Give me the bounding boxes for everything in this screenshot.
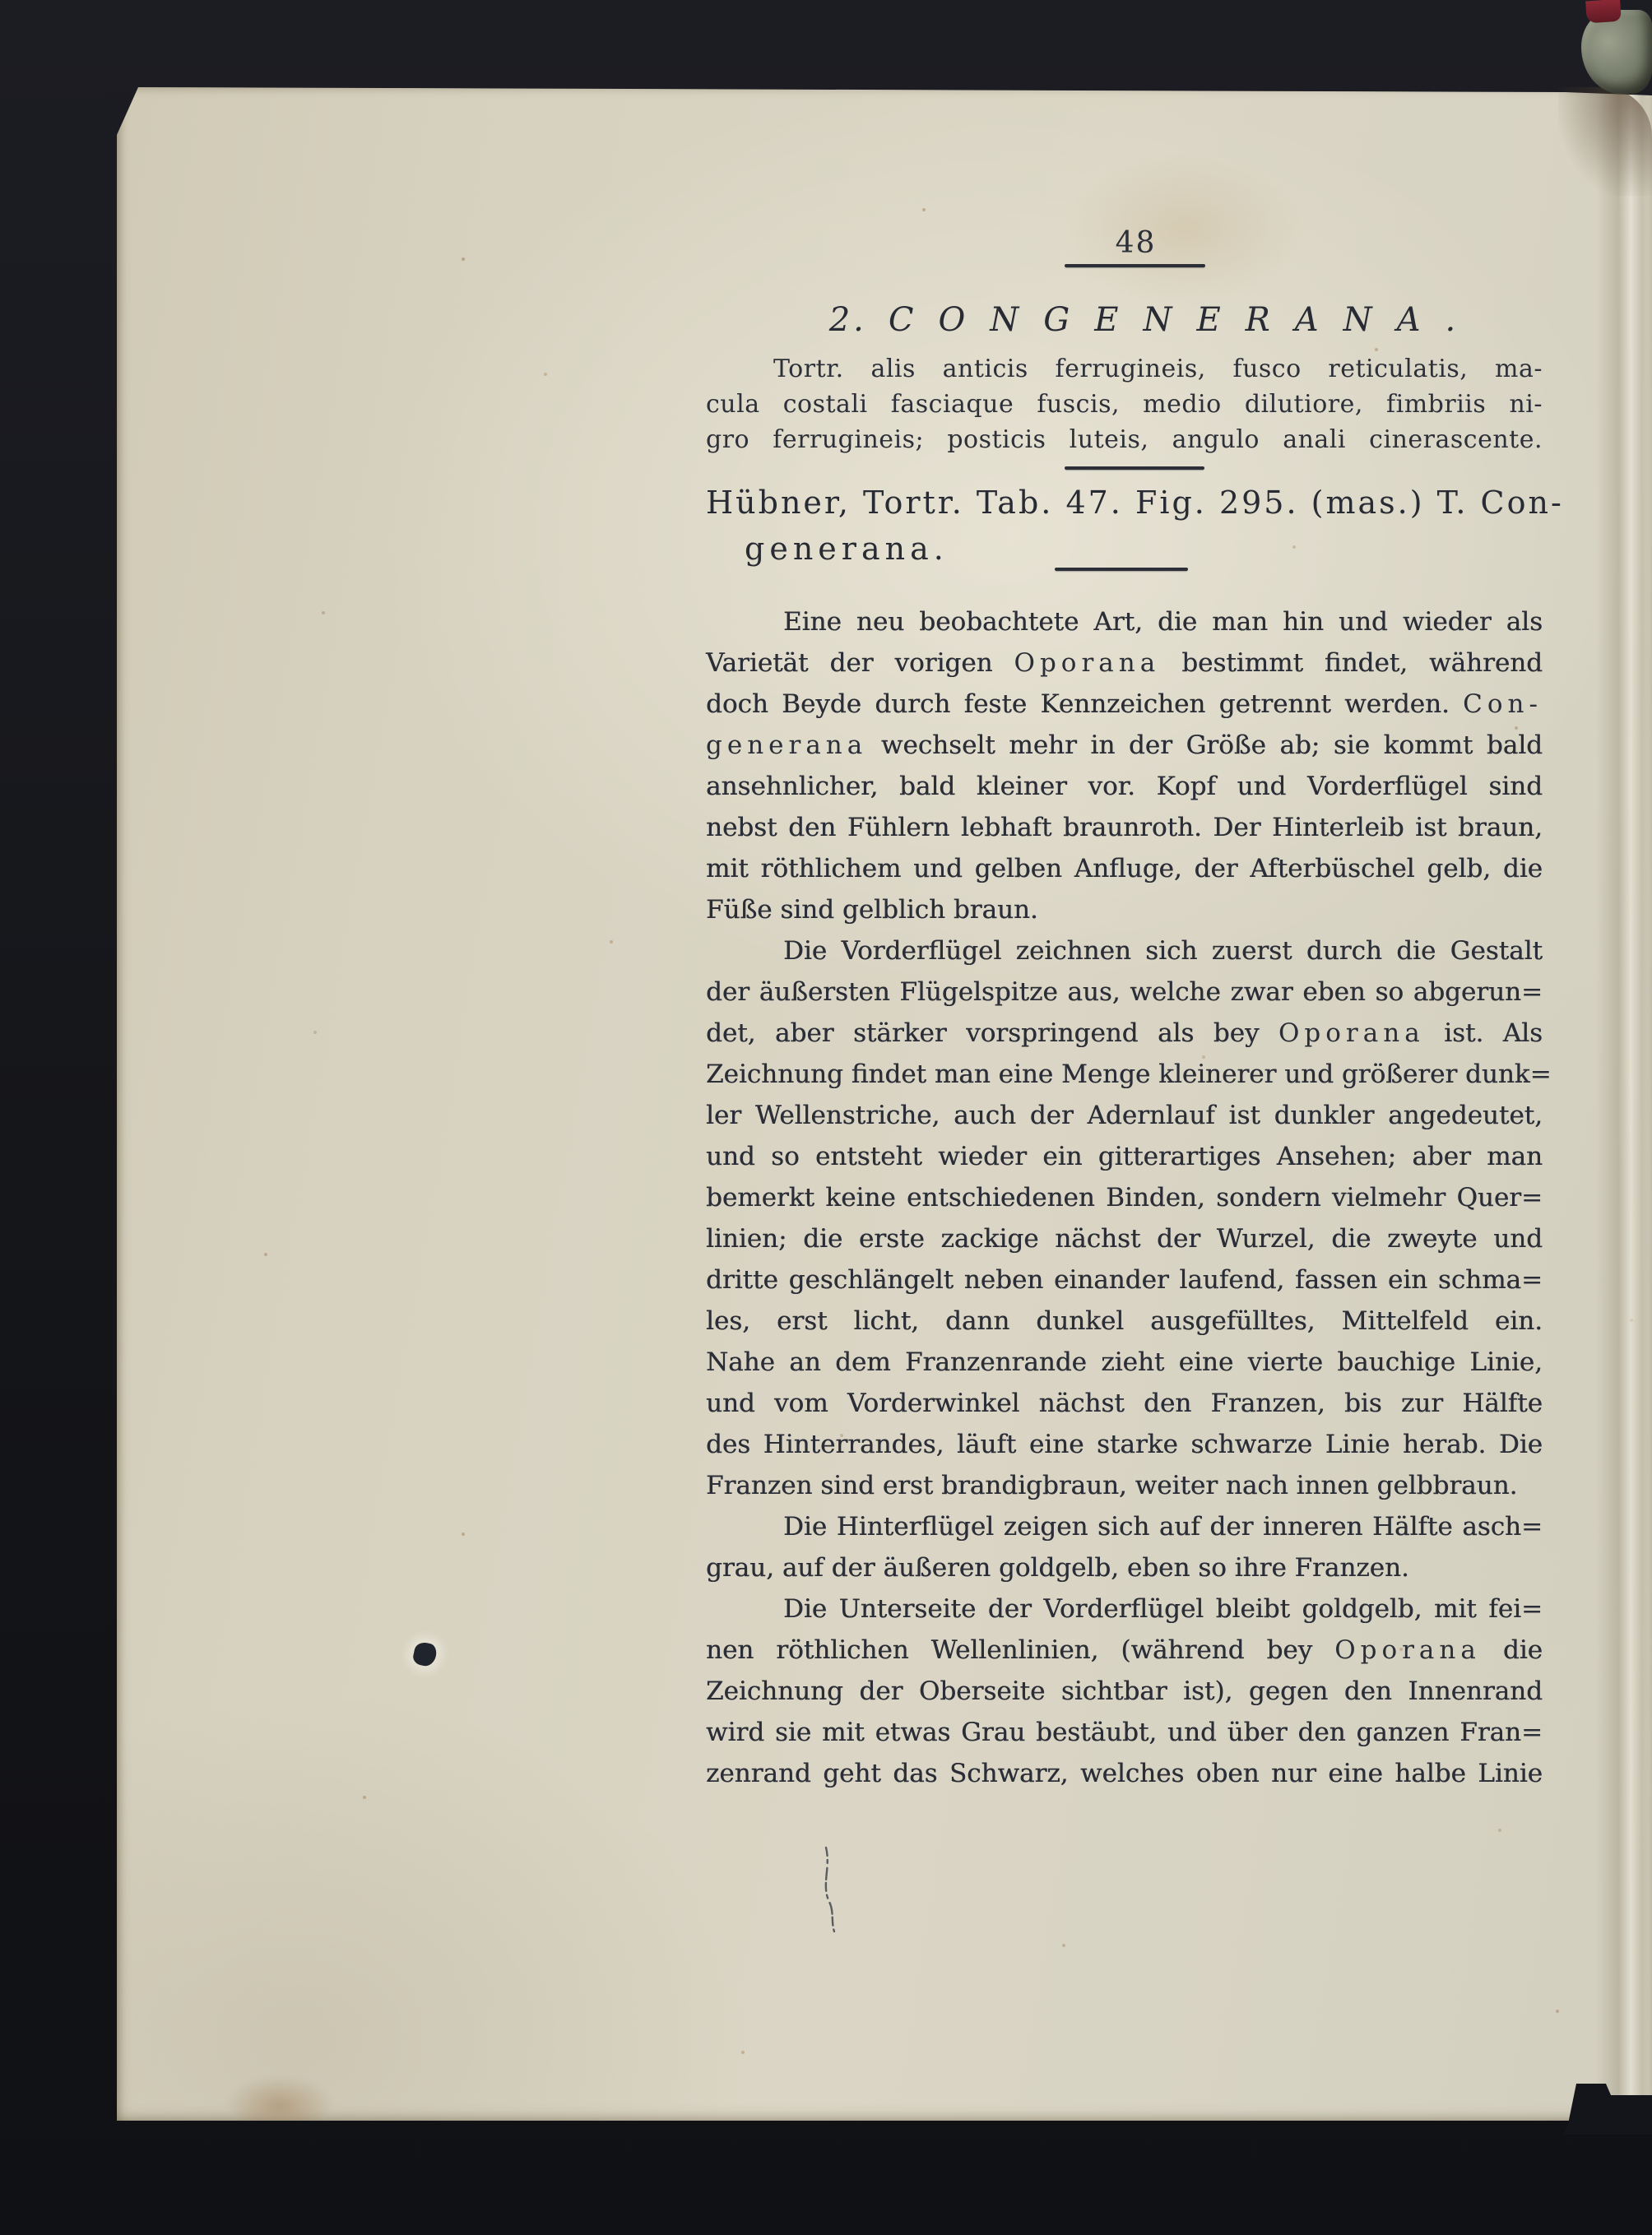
body-line: dritte geschlängelt neben einander laufe… xyxy=(706,1259,1543,1301)
scan-background: 48 2.CONGENERANA. Tortr. alis anticis fe… xyxy=(0,0,1652,2235)
body-line: les, erst licht, dann dunkel ausgefüllte… xyxy=(706,1301,1543,1342)
citation-line: Hübner, Tortr. Tab. 47. Fig. 295. (mas.)… xyxy=(706,482,1543,523)
paper-specks xyxy=(117,86,118,87)
body-line: Füße sind gelblich braun. xyxy=(706,889,1543,930)
book-spine-lining xyxy=(1581,10,1652,94)
body-line: Zeichnung findet man eine Menge kleinere… xyxy=(706,1054,1543,1095)
body-line: Die Vorderflügel zeichnen sich zuerst du… xyxy=(706,930,1543,971)
body-line: generana wechselt mehr in der Größe ab; … xyxy=(706,725,1543,766)
paper-stain xyxy=(226,2076,333,2126)
species-name: CONGENERANA. xyxy=(889,301,1480,339)
body-line: Die Hinterflügel zeigen sich auf der inn… xyxy=(706,1506,1543,1547)
body-line: det, aber stärker vorspringend als bey O… xyxy=(706,1013,1543,1054)
citation-line: generana. xyxy=(706,528,1581,569)
body-line: und so entsteht wieder ein gitterartiges… xyxy=(706,1136,1543,1177)
body-line: grau, auf der äußeren goldgelb, eben so … xyxy=(706,1547,1543,1588)
body-line: bemerkt keine entschiedenen Binden, sond… xyxy=(706,1177,1543,1218)
antiqua-word: generana xyxy=(706,730,867,760)
body-text: Eine neu beobachtete Art, die man hin un… xyxy=(706,601,1543,1794)
body-line: Varietät der vorigen Oporana bestimmt fi… xyxy=(706,642,1543,684)
body-line: zenrand geht das Schwarz, welches oben n… xyxy=(706,1753,1543,1794)
body-line-segment: wechselt mehr in der Größe ab; sie kommt… xyxy=(867,730,1543,760)
body-line-segment: ist. Als xyxy=(1425,1018,1543,1048)
body-line-segment: det, aber stärker vorspringend als bey xyxy=(706,1018,1278,1048)
antiqua-word: Oporana xyxy=(1334,1635,1481,1665)
body-line-segment: doch Beyde durch feste Kennzeichen getre… xyxy=(706,689,1463,719)
scratch-mark xyxy=(814,1843,851,1936)
body-line: Franzen sind erst brandigbraun, weiter n… xyxy=(706,1465,1543,1506)
page-number: 48 xyxy=(717,227,1554,260)
body-line: linien; die erste zackige nächst der Wur… xyxy=(706,1218,1543,1259)
body-line-segment: die xyxy=(1481,1635,1543,1665)
divider-rule xyxy=(1055,568,1188,571)
divider-rule xyxy=(1065,466,1204,470)
body-line: wird sie mit etwas Grau bestäubt, und üb… xyxy=(706,1712,1543,1753)
latin-line: Tortr. alis anticis ferrugineis, fusco r… xyxy=(706,351,1543,387)
body-line: Die Unterseite der Vorderflügel bleibt g… xyxy=(706,1588,1543,1630)
latin-diagnosis: Tortr. alis anticis ferrugineis, fusco r… xyxy=(706,351,1543,457)
header-rule xyxy=(1065,264,1205,267)
fore-edge-crease xyxy=(1596,86,1652,2121)
latin-line: cula costali fasciaque fuscis, medio dil… xyxy=(706,387,1543,422)
body-line: ansehnlicher, bald kleiner vor. Kopf und… xyxy=(706,766,1543,807)
body-line-segment: Varietät der vorigen xyxy=(706,648,1014,678)
body-line-segment: bestimmt findet, während xyxy=(1160,648,1543,678)
book-headband xyxy=(1585,0,1622,23)
body-line: Eine neu beobachtete Art, die man hin un… xyxy=(706,601,1543,642)
body-line: Nahe an dem Franzenrande zieht eine vier… xyxy=(706,1342,1543,1383)
species-title: 2.CONGENERANA. xyxy=(736,301,1573,339)
body-line: ler Wellenstriche, auch der Adernlauf is… xyxy=(706,1095,1543,1136)
latin-line: gro ferrugineis; posticis luteis, angulo… xyxy=(706,422,1543,457)
antiqua-word: Oporana xyxy=(1278,1018,1425,1048)
body-line-segment: nen röthlichen Wellenlinien, (während be… xyxy=(706,1635,1334,1665)
body-line: mit röthlichem und gelben Anfluge, der A… xyxy=(706,848,1543,889)
body-line: der äußersten Flügelspitze aus, welche z… xyxy=(706,971,1543,1013)
body-line: doch Beyde durch feste Kennzeichen getre… xyxy=(706,684,1543,725)
page-corner-shadow xyxy=(1558,87,1652,196)
body-line: des Hinterrandes, läuft eine starke schw… xyxy=(706,1424,1543,1465)
antiqua-word: Con- xyxy=(1463,689,1543,719)
antiqua-word: Oporana xyxy=(1014,648,1161,678)
body-line: und vom Vorderwinkel nächst den Franzen,… xyxy=(706,1383,1543,1424)
species-index: 2. xyxy=(829,301,867,339)
body-line: nebst den Fühlern lebhaft braunroth. Der… xyxy=(706,807,1543,848)
book-page: 48 2.CONGENERANA. Tortr. alis anticis fe… xyxy=(117,86,1652,2121)
body-line: nen röthlichen Wellenlinien, (während be… xyxy=(706,1630,1543,1671)
ink-blot xyxy=(411,1640,438,1667)
body-line: Zeichnung der Oberseite sichtbar ist), g… xyxy=(706,1671,1543,1712)
